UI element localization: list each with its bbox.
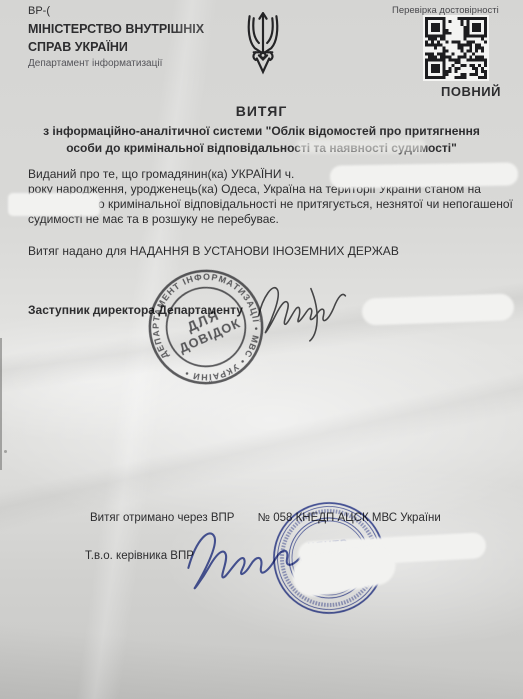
- director-signature: [250, 276, 355, 344]
- qr-code-icon: [425, 17, 487, 79]
- ministry-name-line2: СПРАВ УКРАЇНИ: [28, 40, 128, 56]
- document-photo: ВР-( МІНІСТЕРСТВО ВНУТРІШНІХ СПРАВ УКРАЇ…: [0, 0, 523, 699]
- qr-code: [423, 15, 489, 81]
- redaction-name: [330, 162, 518, 188]
- document-subtitle-line2: особи до кримінальної відповідальності т…: [0, 141, 523, 156]
- document-subtitle-line1: з інформаційно-аналітичної системи "Облі…: [0, 124, 523, 139]
- paper-edge-dot: [4, 450, 7, 453]
- document-title: ВИТЯГ: [0, 103, 523, 121]
- reference-code: ВР-(: [28, 5, 50, 19]
- redaction-signature-area: [362, 293, 515, 325]
- ukraine-trident-icon: [240, 10, 286, 76]
- purpose-line: Витяг надано для НАДАННЯ В УСТАНОВИ ІНОЗ…: [28, 244, 399, 259]
- ministry-department: Департамент інформатизації: [28, 58, 162, 71]
- redaction-date: [8, 193, 100, 216]
- body-line-3: о кримінальної відповідальності не притя…: [98, 197, 513, 212]
- ministry-name-line1: МІНІСТЕРСТВО ВНУТРІШНІХ: [28, 22, 204, 38]
- verification-level: ПОВНИЙ: [441, 84, 501, 100]
- redaction-smudge-subtitle: [296, 139, 426, 153]
- paper-edge-shadow: [0, 338, 2, 470]
- body-line-1: Виданий про те, що громадянин(ка) УКРАЇН…: [28, 167, 294, 182]
